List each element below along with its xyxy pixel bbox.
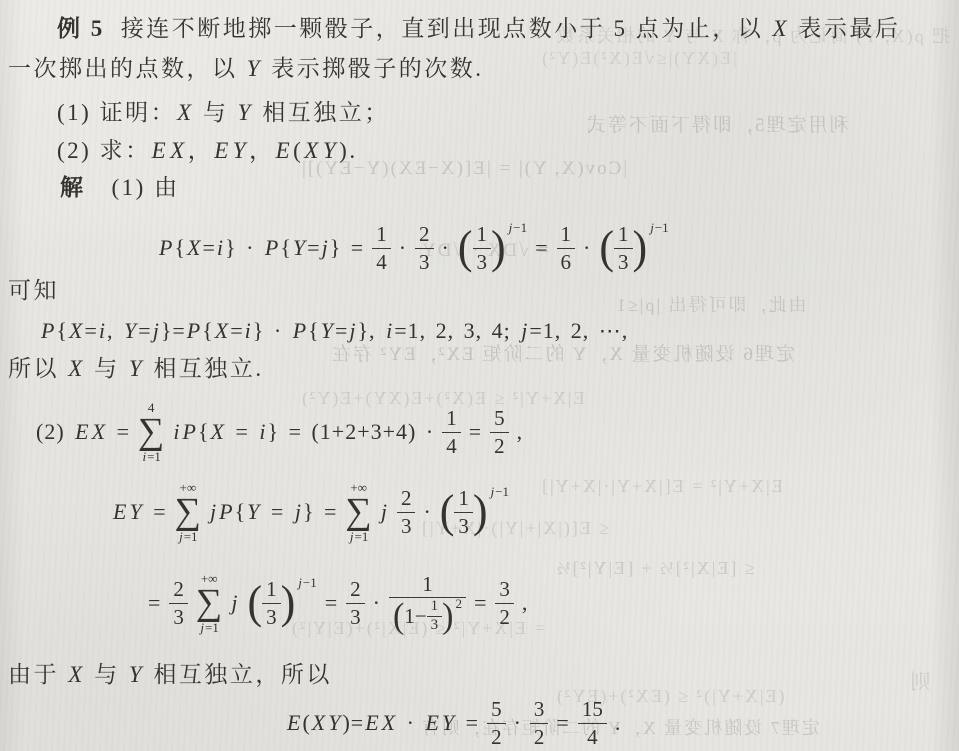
parenthesized-fraction-power: (13)j−1 — [247, 577, 316, 628]
math-text: = — [556, 710, 569, 736]
fraction: 14 — [442, 406, 461, 457]
nested-fraction: 1(1−13)2 — [389, 572, 466, 634]
math-text: EY = — [112, 499, 167, 525]
math-text: jP{Y = j} = — [209, 499, 337, 525]
fraction: 52 — [490, 406, 509, 457]
math-text: = — [474, 590, 487, 616]
parenthesized-fraction-power: (13)j−1 — [440, 486, 509, 537]
math-text: j — [380, 499, 389, 525]
math-text: (2) EX = — [36, 419, 130, 445]
solution-heading: 解(1) 由 — [60, 169, 180, 202]
summation: +∞∑j=1 — [345, 481, 371, 542]
fraction: 23 — [346, 577, 365, 628]
math-text: P{X=i, Y=j}=P{X=i} · P{Y=j}, i=1, 2, 3, … — [40, 318, 628, 344]
example-intro-text: 接连不断地掷一颗骰子，直到出现点数小于 5 点为止，以 X 表示最后 — [121, 16, 901, 41]
math-text: j — [230, 590, 239, 616]
equation-product-rule: P{X=i} · P{Y=j} =14·23·(13)j−1=16·(13)j−… — [158, 204, 669, 292]
fraction: 32 — [495, 577, 514, 628]
bleedthrough-text: 则 — [908, 666, 931, 696]
math-text: · — [423, 499, 431, 525]
math-text: = — [148, 590, 161, 616]
fraction: 23 — [397, 486, 416, 537]
math-text: = — [535, 235, 548, 261]
math-text: · — [399, 235, 407, 261]
equation-joint-probability: P{X=i, Y=j}=P{X=i} · P{Y=j}, i=1, 2, 3, … — [40, 310, 628, 352]
fraction: 154 — [578, 697, 607, 748]
math-text: , — [522, 590, 529, 616]
summation: +∞∑j=1 — [175, 481, 201, 542]
math-text: = — [325, 590, 338, 616]
math-text: . — [615, 710, 622, 736]
textbook-page: 把 ρ(X, Y) 简记为 ρ，称 X 与 Y 的相关系数 |E(XY)|≤√E… — [0, 0, 959, 751]
solution-part1-lead: (1) 由 — [112, 175, 180, 200]
text-conclusion-independent: 所以 X 与 Y 相互独立. — [8, 350, 264, 383]
fraction: 14 — [372, 222, 391, 273]
math-text: · — [442, 235, 450, 261]
math-text: P{X=i} · P{Y=j} = — [158, 235, 364, 261]
equation-ey-part1: EY =+∞∑j=1jP{Y = j} =+∞∑j=1j23·(13)j−1 — [112, 468, 509, 556]
parenthesized-fraction-power: (13)j−1 — [458, 222, 527, 273]
text-kezhi: 可知 — [8, 272, 59, 305]
bleedthrough-text: 由此，即可得出 |ρ|≤1 — [615, 291, 807, 317]
text-since-independent: 由于 X 与 Y 相互独立，所以 — [8, 656, 332, 689]
math-text: iP{X = i} = (1+2+3+4) · — [172, 419, 434, 445]
summation: 4∑i=1 — [138, 401, 164, 462]
solution-label: 解 — [60, 175, 86, 200]
equation-exy: E(XY)=EX · EY =52·32=154. — [286, 694, 621, 751]
fraction: 23 — [415, 222, 434, 273]
math-text: E(XY)=EX · EY = — [286, 710, 479, 736]
math-text: · — [514, 710, 522, 736]
math-text: , — [517, 419, 524, 445]
equation-ex: (2) EX =4∑i=1iP{X = i} = (1+2+3+4) ·14=5… — [36, 388, 523, 476]
bleedthrough-text: 利用定理5，即得下面不等式 — [585, 110, 849, 137]
math-text: · — [583, 235, 591, 261]
bleedthrough-text: E|X+Y|² = E[|X+Y|·|X+Y|] — [540, 476, 783, 497]
summation: +∞∑j=1 — [196, 572, 222, 633]
fraction: 52 — [487, 697, 506, 748]
math-text: = — [469, 419, 482, 445]
equation-ey-part2: =23+∞∑j=1j(13)j−1=23·1(1−13)2=32, — [148, 548, 528, 658]
parenthesized-fraction-power: (13)j−1 — [599, 222, 668, 273]
intro-line-2: 一次掷出的点数，以 Y 表示掷骰子的次数. — [8, 50, 484, 83]
bleedthrough-text: |E(XY)|≤√E(X²)E(Y²) — [540, 48, 737, 69]
fraction: 23 — [169, 577, 188, 628]
problem-item-2: (2) 求：EX，EY，E(XY). — [57, 132, 358, 165]
bleedthrough-text: ≤ [E|X|²]½ + [E|Y|²]½ — [555, 558, 755, 579]
math-text: · — [373, 590, 381, 616]
problem-item-1: (1) 证明：X 与 Y 相互独立； — [57, 94, 390, 127]
example-heading: 例 5接连不断地掷一颗骰子，直到出现点数小于 5 点为止，以 X 表示最后 — [57, 10, 900, 43]
fraction: 16 — [557, 222, 576, 273]
example-label: 例 5 — [57, 16, 105, 41]
fraction: 32 — [530, 697, 549, 748]
